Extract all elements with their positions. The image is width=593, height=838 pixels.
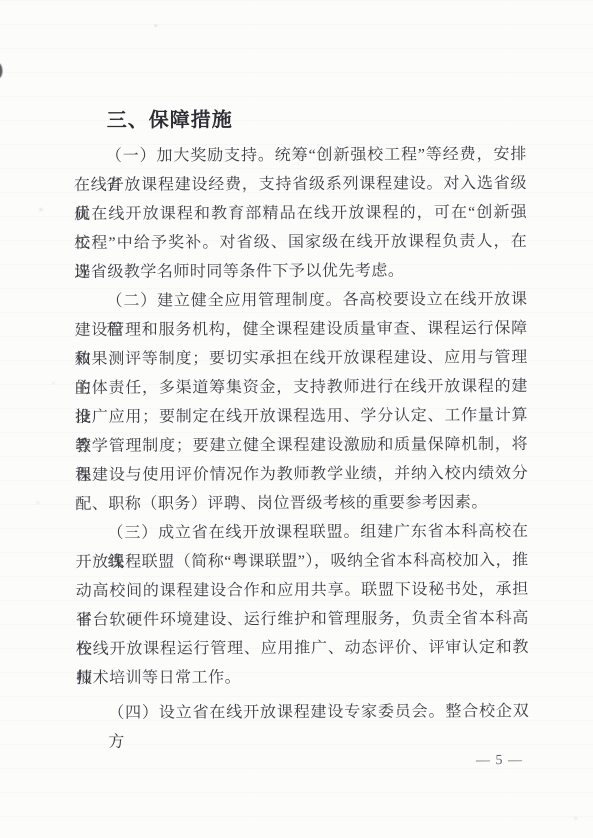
- text-line: （一）加大奖励支持。统筹“创新强校工程”等经费，安排省: [74, 140, 527, 171]
- text-line: 平台软硬件环境建设、运行维护和管理服务，负责全省本科高校: [76, 604, 529, 635]
- text-line: 主体责任，多渠道筹集资金，支持教师进行在线开放课程的建设: [75, 372, 528, 403]
- text-line: 教学管理制度；要建立健全课程建设激励和质量保障机制，将课: [75, 430, 528, 461]
- text-line: 程建设与使用评价情况作为教师教学业绩，并纳入校内绩效分: [75, 459, 528, 490]
- scan-speck: [36, 501, 39, 504]
- scan-speck: [154, 25, 157, 27]
- text-line: 在线开放课程运行管理、应用推广、动态评价、评审认定和教师: [76, 633, 529, 664]
- text-line: 建设管理和服务机构，健全课程建设质量审查、课程运行保障和: [75, 314, 528, 345]
- text-line: 配、职称（职务）评聘、岗位晋级考核的重要参考因素。: [75, 488, 528, 519]
- scanned-document-page: 三、保障措施 （一）加大奖励支持。统筹“创新强校工程”等经费，安排省在线开放课程…: [0, 0, 593, 838]
- scan-speck: [52, 382, 55, 384]
- document-body: （一）加大奖励支持。统筹“创新强校工程”等经费，安排省在线开放课程建设经费，支持…: [74, 140, 530, 728]
- text-line: 选省级教学名师时同等条件下予以优先考虑。: [74, 256, 527, 287]
- scan-speck: [39, 208, 43, 211]
- text-line: 推广应用；要制定在线开放课程选用、学分认定、工作量计算等: [75, 401, 528, 432]
- paragraph: （四）设立省在线开放课程建设专家委员会。整合校企双方: [76, 697, 529, 728]
- text-line: （四）设立省在线开放课程建设专家委员会。整合校企双方: [76, 697, 529, 728]
- paragraph: （二）建立健全应用管理制度。各高校要设立在线开放课程建设管理和服务机构，健全课程…: [74, 285, 528, 519]
- text-line: 效果测评等制度；要切实承担在线开放课程建设、应用与管理的: [75, 343, 528, 374]
- text-line: 技术培训等日常工作。: [76, 662, 529, 693]
- scan-edge-artifact: [0, 63, 3, 78]
- page-number: — 5 —: [469, 751, 529, 771]
- paragraph: （一）加大奖励支持。统筹“创新强校工程”等经费，安排省在线开放课程建设经费，支持…: [74, 140, 528, 287]
- text-line: （二）建立健全应用管理制度。各高校要设立在线开放课程: [74, 285, 527, 316]
- text-line: 工程”中给予奖补。对省级、国家级在线开放课程负责人，在评: [74, 227, 527, 258]
- paragraph: （三）成立省在线开放课程联盟。组建广东省本科高校在线开放课程联盟（简称“粤课联盟…: [75, 517, 529, 693]
- scan-speck: [574, 817, 578, 820]
- text-line: 动高校间的课程建设合作和应用共享。联盟下设秘书处，承担省: [76, 575, 529, 606]
- document-text-block: 三、保障措施 （一）加大奖励支持。统筹“创新强校工程”等经费，安排省在线开放课程…: [74, 105, 530, 728]
- text-line: （三）成立省在线开放课程联盟。组建广东省本科高校在线: [75, 517, 528, 548]
- section-heading: 三、保障措施: [74, 105, 527, 136]
- text-line: 质在线开放课程和教育部精品在线开放课程的，可在“创新强校: [74, 198, 527, 229]
- text-line: 在线开放课程建设经费，支持省级系列课程建设。对入选省级优: [74, 169, 527, 200]
- text-line: 开放课程联盟（简称“粤课联盟”），吸纳全省本科高校加入，推: [76, 546, 529, 577]
